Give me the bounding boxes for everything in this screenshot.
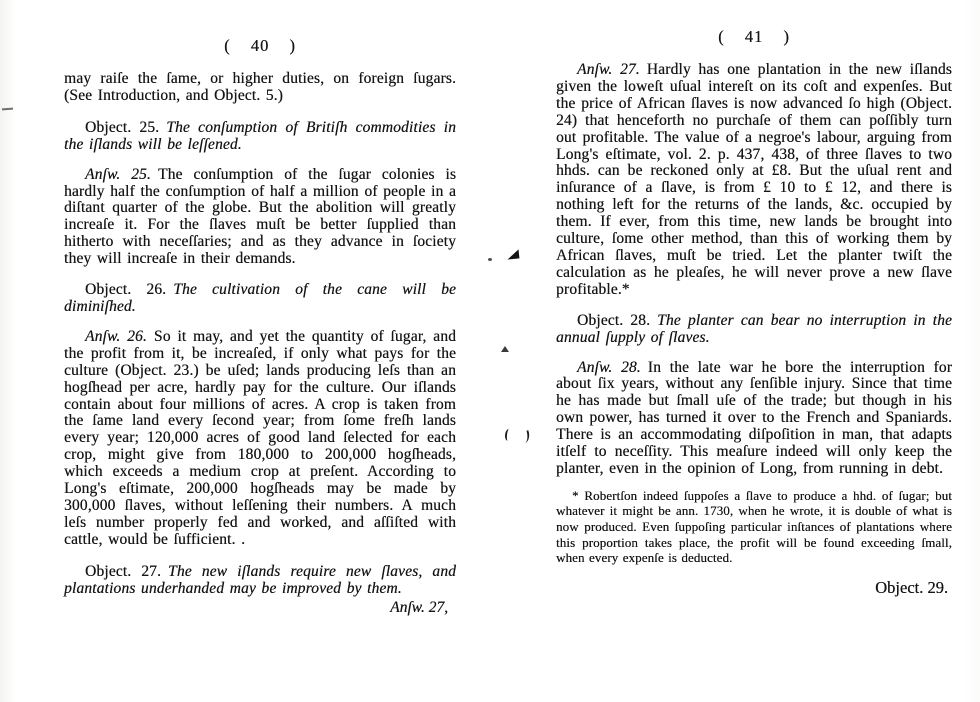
objection-label: Object. 28. — [577, 312, 650, 329]
page-number-header: ( 40 ) — [64, 36, 456, 56]
continuation-paragraph: may raiſe the ſame, or higher duties, on… — [64, 71, 456, 105]
catchword-right: Object. 29. — [556, 579, 952, 596]
objection-26: Object. 26.The cultivation of the cane w… — [64, 282, 456, 316]
book-spread: ( 40 ) may raiſe the ſame, or higher dut… — [0, 0, 980, 702]
objection-label: Object. 26. — [85, 281, 166, 298]
answer-text: In the late war he bore the interruption… — [556, 359, 952, 477]
objection-label: Object. 27. — [85, 563, 161, 580]
ink-speck-chevron — [501, 346, 509, 352]
ink-blot-triangle — [507, 249, 520, 259]
answer-text: Hardly has one plantation in the new iſl… — [556, 61, 952, 298]
answer-label: Anſw. 25. — [85, 166, 151, 183]
answer-28: Anſw. 28.In the late war he bore the int… — [556, 360, 952, 478]
page-number-header: ( 41 ) — [556, 27, 952, 47]
scan-artifact-edge-dash — [2, 108, 13, 111]
answer-label: Anſw. 26. — [85, 328, 147, 345]
objection-label: Object. 25. — [85, 119, 159, 136]
answer-25: Anſw. 25.The conſumption of the ſugar co… — [64, 167, 456, 268]
answer-label: Anſw. 28. — [577, 359, 641, 376]
ink-mark-hook — [520, 430, 532, 444]
catchword-left: Anſw. 27, — [64, 599, 456, 616]
objection-25: Object. 25.The conſumption of Britiſh co… — [64, 120, 456, 154]
answer-27: Anſw. 27.Hardly has one plantation in th… — [556, 62, 952, 299]
objection-27: Object. 27.The new iſlands require new ſ… — [64, 564, 456, 598]
left-page: ( 40 ) may raiſe the ſame, or higher dut… — [64, 36, 456, 616]
footnote: * Robertſon indeed ſuppoſes a ſlave to p… — [556, 488, 952, 566]
ink-mark-hook — [504, 429, 513, 442]
answer-label: Anſw. 27. — [577, 61, 640, 78]
objection-28: Object. 28.The planter can bear no inter… — [556, 313, 952, 347]
ink-speck — [488, 258, 492, 261]
right-page: ( 41 ) Anſw. 27.Hardly has one plantatio… — [556, 27, 952, 596]
answer-text: So it may, and yet the quantity of ſugar… — [64, 328, 456, 548]
answer-26: Anſw. 26.So it may, and yet the quantity… — [64, 329, 456, 549]
